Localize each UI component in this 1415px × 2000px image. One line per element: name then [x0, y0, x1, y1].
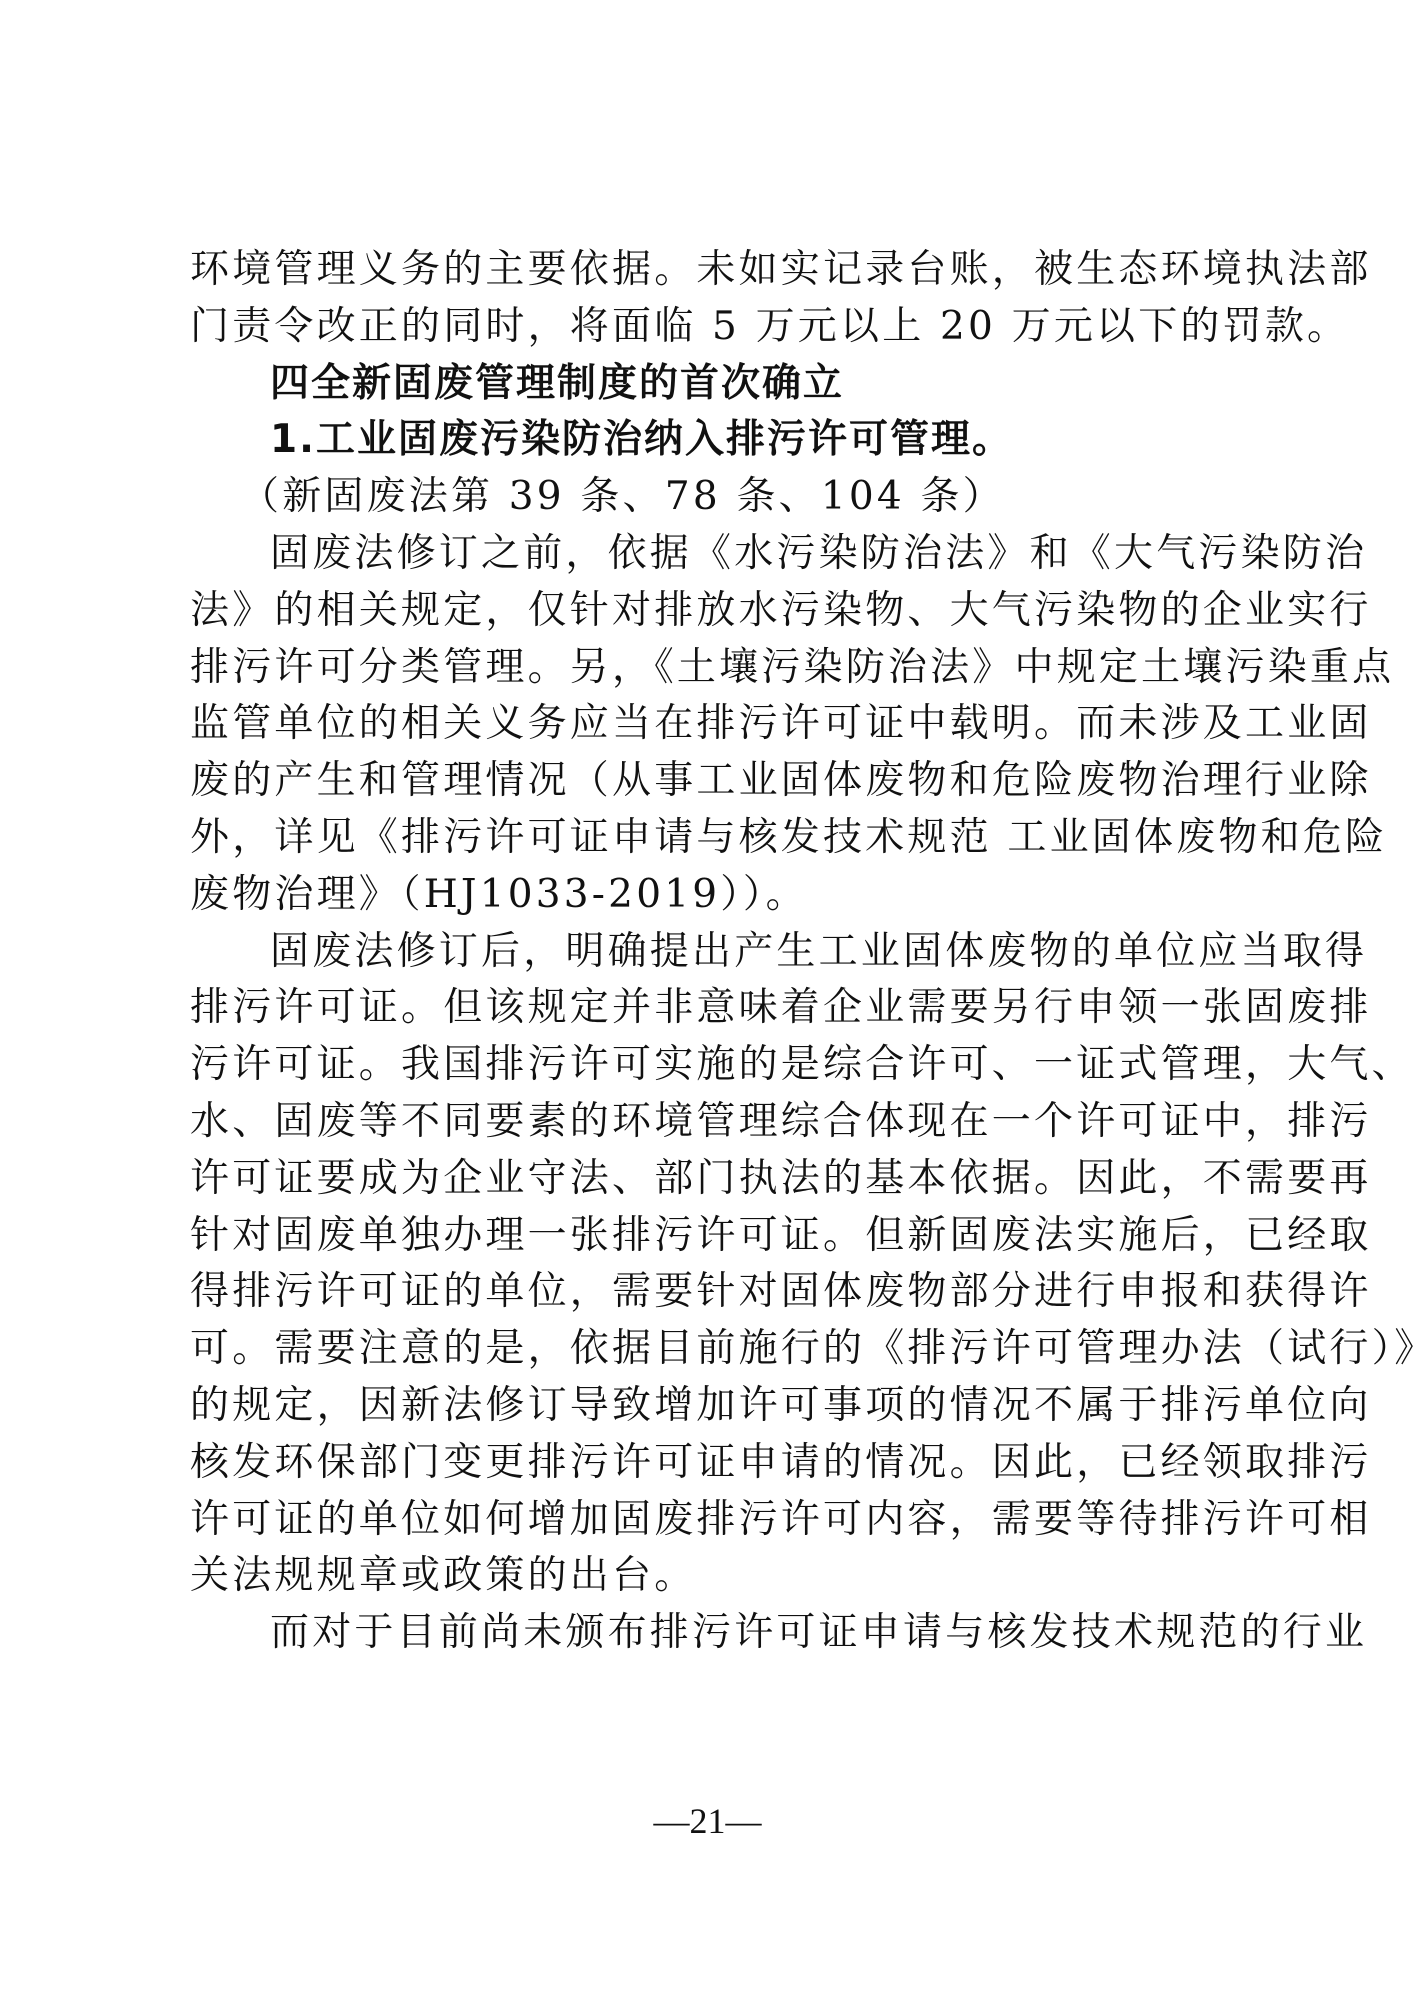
body-line: 废物治理》（HJ1033-2019））。 — [190, 867, 1230, 924]
body-line: 水、固废等不同要素的环境管理综合体现在一个许可证中，排污 — [190, 1094, 1230, 1151]
body-line: 得排污许可证的单位，需要针对固体废物部分进行申报和获得许 — [190, 1264, 1230, 1321]
body-line: 排污许可证。但该规定并非意味着企业需要另行申领一张固废排 — [190, 980, 1230, 1037]
page-number: —21— — [0, 1800, 1415, 1842]
paragraph-start: 固废法修订之前，依据《水污染防治法》和《大气污染防治 — [190, 526, 1230, 583]
body-line: 的规定，因新法修订导致增加许可事项的情况不属于排污单位向 — [190, 1378, 1230, 1435]
body-line: 排污许可分类管理。另，《土壤污染防治法》中规定土壤污染重点 — [190, 640, 1230, 697]
paragraph-start: 而对于目前尚未颁布排污许可证申请与核发技术规范的行业 — [190, 1605, 1230, 1662]
body-line: 污许可证。我国排污许可实施的是综合许可、一证式管理，大气、 — [190, 1037, 1230, 1094]
section-heading: 四全新固废管理制度的首次确立 — [190, 356, 1230, 413]
citation-line: （新固废法第 39 条、78 条、104 条） — [190, 469, 1230, 526]
body-line: 许可证要成为企业守法、部门执法的基本依据。因此，不需要再 — [190, 1151, 1230, 1208]
body-line: 核发环保部门变更排污许可证申请的情况。因此，已经领取排污 — [190, 1435, 1230, 1492]
body-line: 可。需要注意的是，依据目前施行的《排污许可管理办法（试行）》 — [190, 1321, 1230, 1378]
subsection-heading: 1.工业固废污染防治纳入排污许可管理。 — [190, 412, 1230, 469]
body-line: 监管单位的相关义务应当在排污许可证中载明。而未涉及工业固 — [190, 696, 1230, 753]
document-page: 环境管理义务的主要依据。未如实记录台账，被生态环境执法部 门责令改正的同时，将面… — [190, 242, 1230, 1662]
body-line: 针对固废单独办理一张排污许可证。但新固废法实施后，已经取 — [190, 1208, 1230, 1265]
paragraph-start: 固废法修订后，明确提出产生工业固体废物的单位应当取得 — [190, 924, 1230, 981]
body-line: 门责令改正的同时，将面临 5 万元以上 20 万元以下的罚款。 — [190, 299, 1230, 356]
body-line: 环境管理义务的主要依据。未如实记录台账，被生态环境执法部 — [190, 242, 1230, 299]
body-line: 外，详见《排污许可证申请与核发技术规范 工业固体废物和危险 — [190, 810, 1230, 867]
body-line: 关法规规章或政策的出台。 — [190, 1548, 1230, 1605]
body-line: 废的产生和管理情况（从事工业固体废物和危险废物治理行业除 — [190, 753, 1230, 810]
body-line: 许可证的单位如何增加固废排污许可内容，需要等待排污许可相 — [190, 1492, 1230, 1549]
body-line: 法》的相关规定，仅针对排放水污染物、大气污染物的企业实行 — [190, 583, 1230, 640]
